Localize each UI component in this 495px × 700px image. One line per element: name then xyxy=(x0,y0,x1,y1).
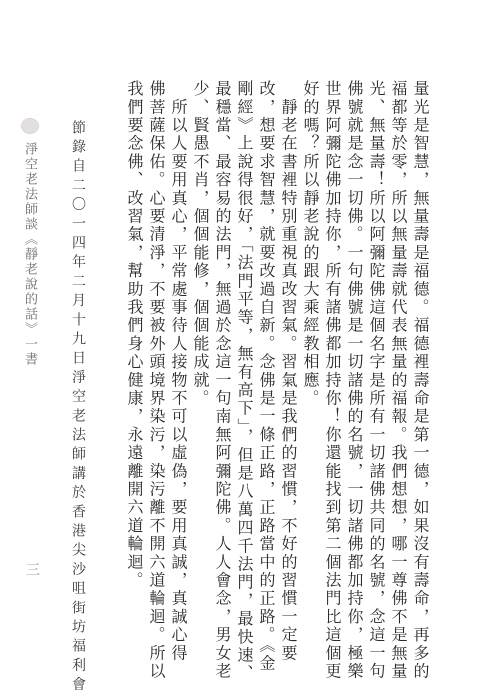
text-column-11: 少、賢愚不肖，個個能修，個個能成就。 xyxy=(189,80,211,408)
text-column-14: 我們要念佛、改習氣，幫助我們身心健康，永遠離開六道輪迴。 xyxy=(123,80,145,590)
text-column-3: 光、無量壽！所以阿彌陀佛這個名字是所有一切諸佛共同的名號，念這一句 xyxy=(365,80,387,681)
text-column-13: 佛菩薩保佑。心要清淨，不要被外頭境界染污，染污離不開六道輪迴。所以 xyxy=(145,80,167,681)
text-column-2: 福都等於零，所以無量壽就代表無量的福報。我們想想，哪一尊佛不是無量 xyxy=(387,80,409,681)
book-page: 淨空老法師談《靜老說的話》一書 量光是智慧，無量壽是福德。福德裡壽命是第一德，如… xyxy=(0,0,495,700)
text-column-5: 世界阿彌陀佛加持你，所有諸佛都加持你！你還能找到第二個法門比這個更 xyxy=(321,80,343,681)
text-column-9: 剛經》上說得很好，「法門平等，無有高下」，但是八萬四千法門，最快速、 xyxy=(233,80,255,683)
page-number: 三 xyxy=(22,562,42,576)
text-column-7: 靜老在書裡特別重視真改習氣。習氣是我們的習慣，不好的習慣一定要 xyxy=(277,80,299,662)
text-column-8: 改，想要求智慧，就要改過自新。念佛是一條正路，正路當中的正路。《金 xyxy=(255,80,277,673)
text-column-12: 所以人要用真心，平常處事待人接物不可以虛偽，要用真誠，真誠心得 xyxy=(167,80,189,662)
text-column-6: 好的嗎？所以靜老說的跟大乘經教相應。 xyxy=(299,80,321,408)
running-header: 淨空老法師談《靜老說的話》一書 xyxy=(20,142,38,367)
text-column-4: 佛號就是念一切佛。一句佛號是一切諸佛的名號，一切諸佛都加持你，極樂 xyxy=(343,80,365,681)
text-column-10: 最穩當、最容易的法門，無過於念這一句南無阿彌陀佛。人人會念，男女老 xyxy=(211,80,233,681)
seal-emblem-icon xyxy=(21,118,39,134)
source-note: 節錄自二〇一四年二月十九日淨空老法師講於香港尖沙咀街坊福利會 xyxy=(68,120,88,696)
text-column-1: 量光是智慧，無量壽是福德。福德裡壽命是第一德，如果沒有壽命，再多的 xyxy=(409,80,431,681)
